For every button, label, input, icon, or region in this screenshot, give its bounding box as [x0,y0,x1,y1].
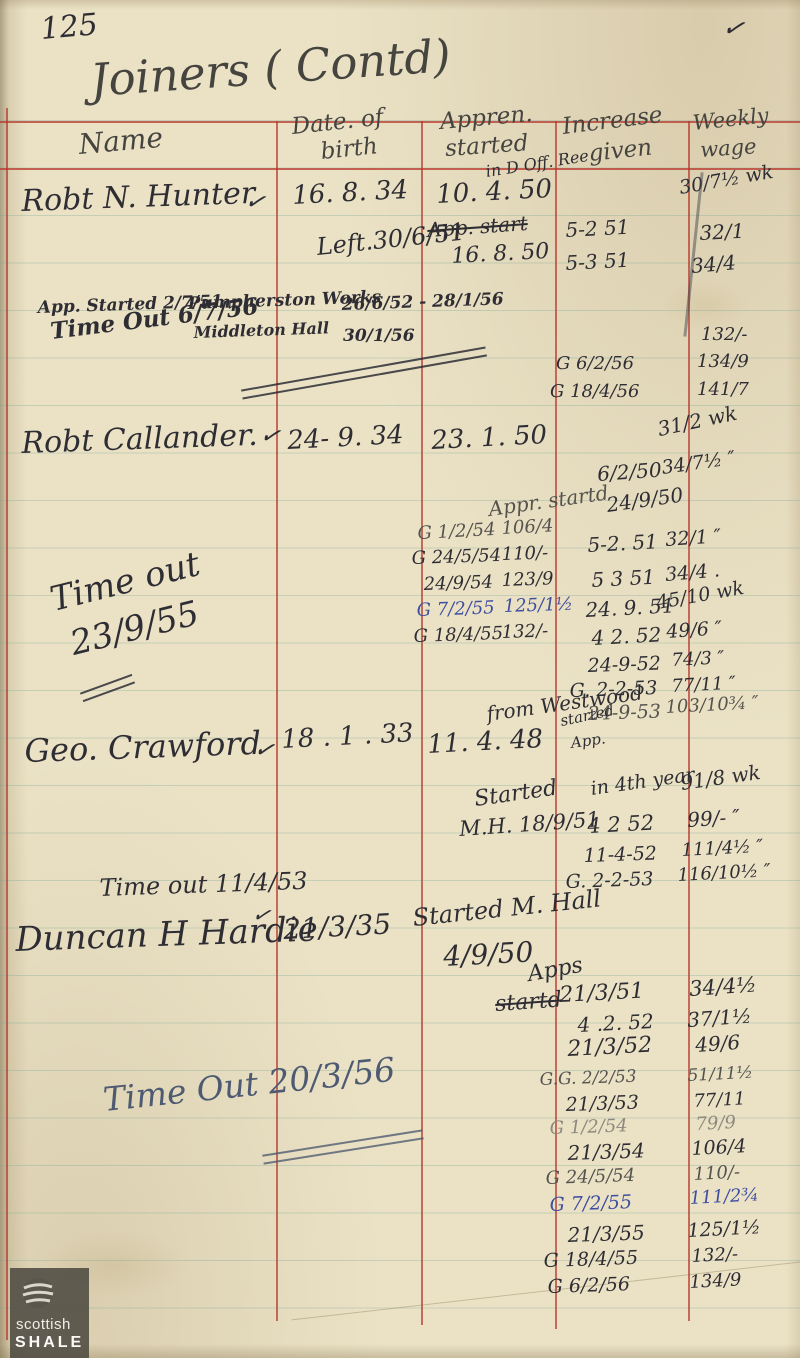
increase-date: G 18/4/56 [550,383,640,400]
increase-date: G 6/2/56 [556,355,634,372]
wage-change-date: G 1/2/54 [417,521,496,542]
increase-date: 21/3/54 [567,1141,645,1163]
table-header-bottom-rule [0,168,800,170]
wage-value: 49/6 [695,1033,741,1055]
wage-value: 77/11 ″ [671,675,736,695]
check-mark: ✓ [258,422,282,448]
wage-value: 34/7½ ″ [660,449,736,477]
column-header-name: Name [78,125,164,159]
wage-value: 99/- ″ [687,807,741,830]
underline-flourish [262,1129,424,1164]
started-note-date: 4/9/50 [443,939,534,970]
section-title: Joiners ( Contd) [89,35,452,103]
paper-stain [660,280,750,330]
wage-value: 51/11½ [687,1065,753,1085]
wage-value: 134/9 [697,353,749,370]
watermark-text-2: SHALE [15,1334,84,1352]
wage-value: 77/11 [693,1090,746,1110]
wage-value: 34/4 [690,253,736,276]
wage-value: 110/- [693,1164,740,1184]
wage-value: 132/- [691,1246,738,1266]
page-number: 125 [40,11,100,44]
entry-appren-started: 23. 1. 50 [431,423,548,454]
started-note: Started M. Hall [412,887,602,929]
increase-date: G 7/2/55 [549,1193,632,1214]
increase-date: G 24/5/54 [545,1167,635,1187]
increase-date: 4 2 52 [587,814,655,837]
wage-value: 103/10¾ ″ [665,694,759,716]
wage-value: 34/4 . [664,561,720,584]
column-header-wage-2: wage [700,137,758,161]
started-note: Started [473,779,559,811]
ledger-page: 125 ✓ Joiners ( Contd) Name Date. of bir… [0,0,800,1358]
entry-name: Robt N. Hunter [21,180,256,217]
wage-value: 32/1 ″ [665,527,722,549]
increase-date: 4 .2. 52 [577,1012,654,1035]
watermark-text-1: scottish [16,1316,71,1333]
restart-date: 16. 8. 50 [451,242,550,268]
increase-date: 5 3 51 [591,568,656,590]
works-name: Middleton Hall [193,320,329,340]
globe-icon [19,1274,57,1312]
time-out-note: Time Out 20/3/56 [102,1054,397,1116]
wage-value: 134/9 [689,1271,742,1291]
column-header-appren-1: Appren. [439,104,533,134]
column-header-dob-2: birth [320,136,379,164]
entry-name: Duncan H Hardie [15,913,318,956]
increase-date: 5-2 51 [565,218,630,240]
check-mark: ✓ [720,15,746,44]
wage-value: 31/2 wk [656,404,739,439]
increase-date: G 1/2/54 [549,1117,628,1137]
increase-date: 21/3/52 [567,1036,653,1061]
table-header-top-rule [0,121,800,123]
wage-value: 111/2¾ [689,1186,759,1207]
wage-change-value: 132/- [501,622,548,641]
wage-value: 116/10½ ″ [677,862,771,884]
entry-name: Robt Callander. [21,422,258,459]
works-dates: 26/6/52 - 28/1/56 [341,291,503,313]
margin-rule [6,108,8,1340]
wage-value: 132/- [701,326,748,343]
wage-value: 74/3 ″ [671,649,725,669]
scottish-shale-watermark: scottish SHALE [10,1268,89,1358]
appren-note-date: 24/9/50 [605,485,684,515]
wage-value: 111/4½ ″ [681,838,764,859]
column-rule-3 [555,121,557,1329]
entry-appren-started: 11. 4. 48 [427,727,544,758]
check-mark: ✓ [243,188,267,214]
struck-note: App. start [427,214,529,240]
wage-value: 37/1½ [687,1007,752,1030]
increase-date: 24-9-52 [587,654,661,675]
entry-note: App. [570,731,606,750]
wage-value: 34/4½ [689,975,758,1000]
wage-value: 32/1 [699,222,745,243]
entry-appren-started: 10. 4. 50 [436,177,553,208]
wage-change-value: 110/- [501,544,548,563]
works-date: 30/1/56 [343,328,415,344]
started-note-date: M.H. 18/9/51 [459,810,601,840]
wage-value: 125/1½ [687,1218,761,1240]
check-mark: ✓ [252,736,276,762]
entry-dob: 21/3/35 [283,911,392,943]
increase-date: 21/3/51 [559,982,645,1007]
increase-date: 5-3 51 [565,251,630,273]
wage-change-value: 125/1½ [503,596,573,616]
time-out-note: Time out 11/4/53 [99,870,308,900]
wage-change-value: 123/9 [501,570,553,589]
underline-flourish [80,674,135,702]
appren-note: startd [495,990,563,1015]
wage-value: 49/6 ″ [666,619,723,641]
column-header-increase-2: given [588,137,653,165]
wage-value: 141/7 [697,381,749,398]
appren-note: Appr. startd [487,483,609,519]
wage-change-value: 106/4 [501,517,554,537]
column-header-wage-1: Weekly [692,106,770,134]
increase-date: G.G. 2/2/53 [539,1069,636,1089]
increase-date: 5-2. 51 [587,532,658,555]
wage-value: 79/9 [695,1114,736,1133]
increase-date: G 6/2/56 [547,1275,630,1296]
increase-date: 4 2. 52 [591,625,662,648]
increase-date: 11-4-52 [583,844,657,865]
wage-change-date: G 18/4/55 [413,625,503,645]
increase-date: 21/3/53 [565,1093,639,1114]
entry-dob: 16. 8. 34 [292,178,409,209]
entry-dob: 18 . 1 . 33 [281,721,414,753]
increase-date: G 18/4/55 [543,1249,638,1270]
entry-name: Geo. Crawford [24,728,262,767]
wage-value: 106/4 [691,1137,747,1158]
wage-change-date: G 24/5/54 [411,547,501,567]
wage-change-date: 24/9/54 [423,574,493,594]
entry-dob: 24- 9. 34 [287,423,404,454]
wage-change-date: G 7/2/55 [416,599,495,619]
increase-date: 21/3/55 [567,1223,645,1245]
